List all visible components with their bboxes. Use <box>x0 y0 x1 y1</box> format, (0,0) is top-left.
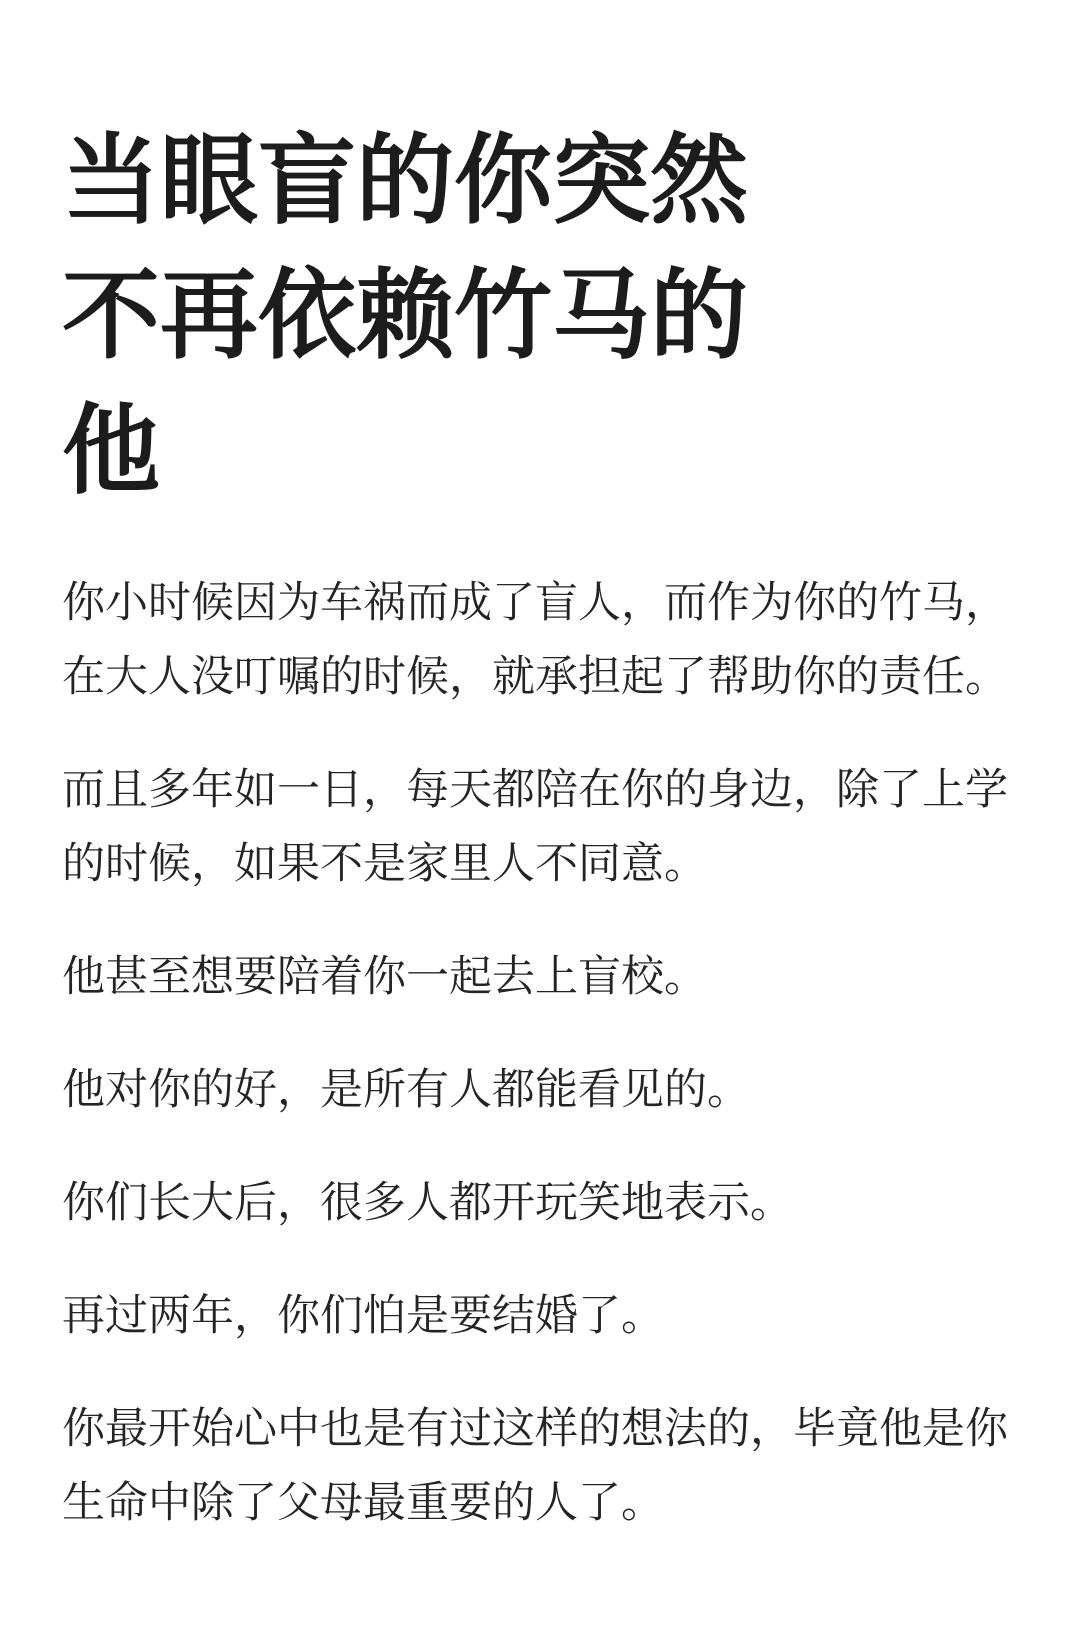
article-paragraph: 而且多年如一日，每天都陪在你的身边，除了上学 的时候，如果不是家里人不同意。 <box>62 753 1022 901</box>
article-paragraph: 他甚至想要陪着你一起去上盲校。 <box>62 940 1022 1014</box>
article-body: 你小时候因为车祸而成了盲人，而作为你的竹马， 在大人没叮嘱的时候，就承担起了帮助… <box>62 566 1022 1540</box>
article-paragraph: 你最开始心中也是有过这样的想法的，毕竟他是你 生命中除了父母最重要的人了。 <box>62 1392 1022 1540</box>
article-paragraph: 再过两年，你们怕是要结婚了。 <box>62 1279 1022 1353</box>
article-page: 当眼盲的你突然 不再依赖竹马的 他 你小时候因为车祸而成了盲人，而作为你的竹马，… <box>0 0 1080 1625</box>
article-paragraph: 你小时候因为车祸而成了盲人，而作为你的竹马， 在大人没叮嘱的时候，就承担起了帮助… <box>62 566 1022 714</box>
article-paragraph: 你们长大后，很多人都开玩笑地表示。 <box>62 1166 1022 1240</box>
article-title: 当眼盲的你突然 不再依赖竹马的 他 <box>62 113 1022 518</box>
article-paragraph: 他对你的好，是所有人都能看见的。 <box>62 1053 1022 1127</box>
